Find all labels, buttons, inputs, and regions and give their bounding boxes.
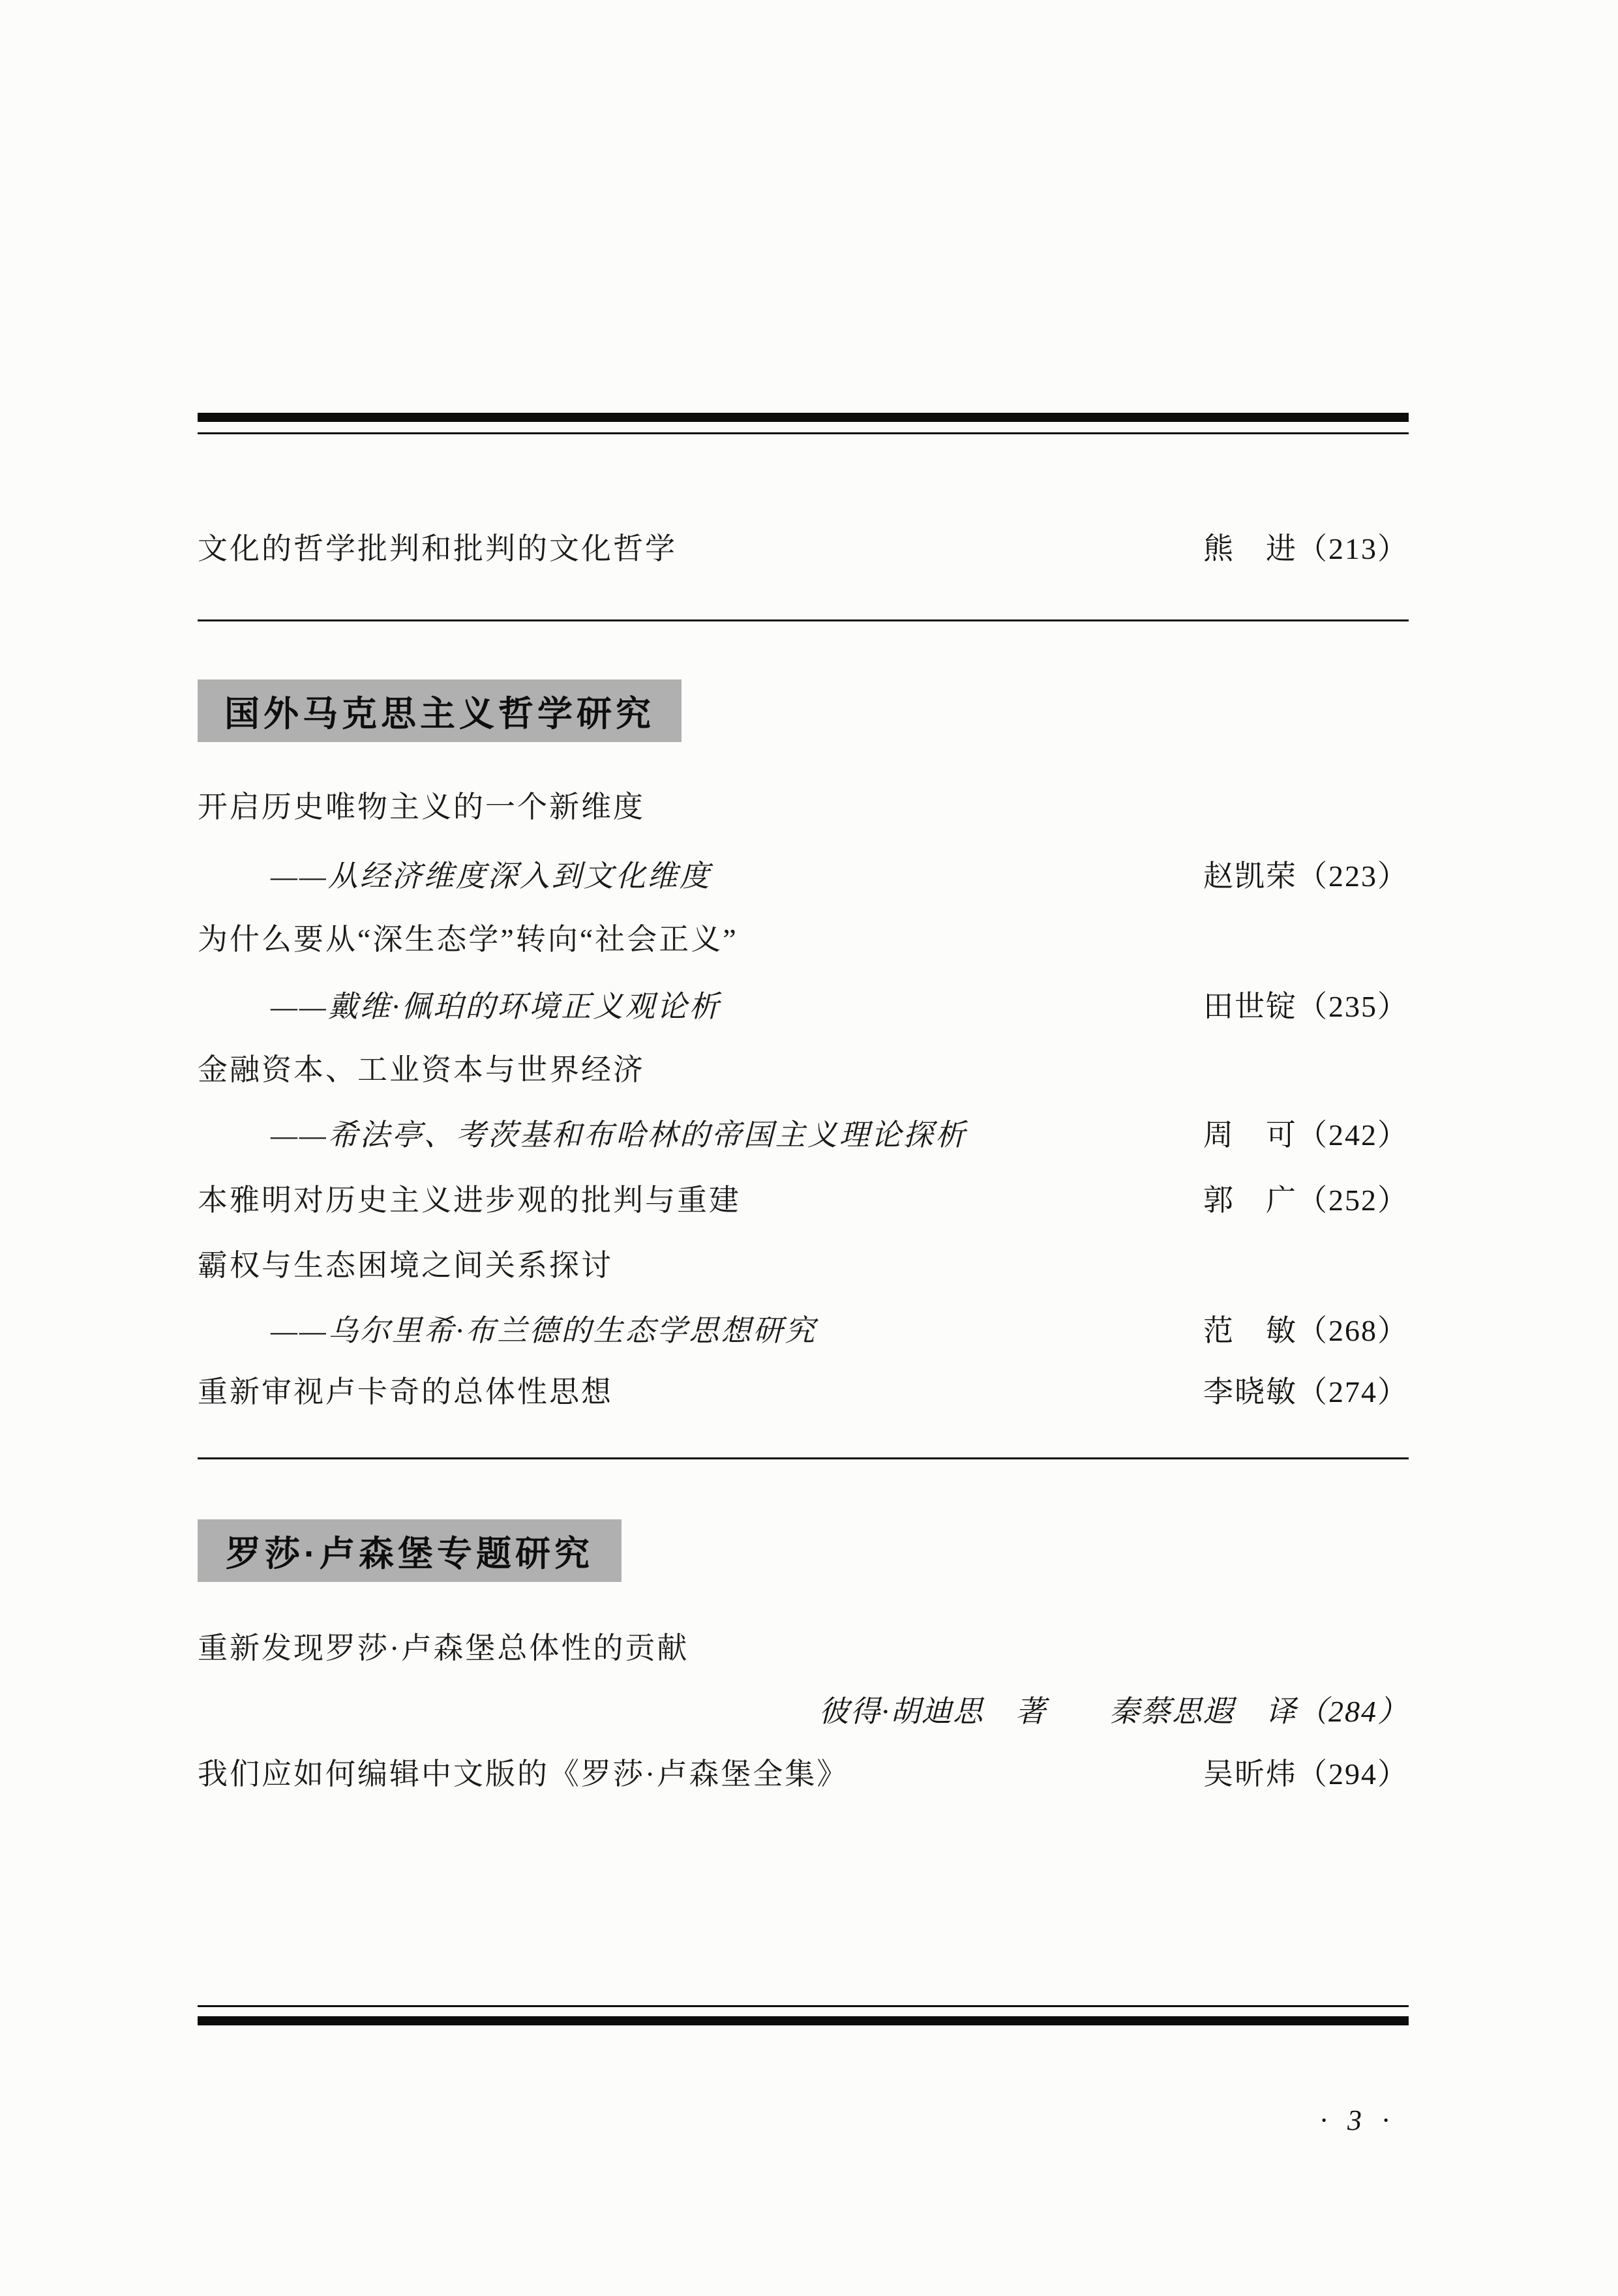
section-header-foreign-marxism: 国外马克思主义哲学研究 — [198, 679, 682, 742]
toc-entry-subtitle: ——希法亭、考茨基和布哈林的帝国主义理论探析 周 可（242） — [198, 1114, 1409, 1156]
entry-author: 范 敏（268） — [1203, 1310, 1409, 1352]
entry-title: 文化的哲学批判和批判的文化哲学 — [198, 528, 677, 570]
toc-entry: 金融资本、工业资本与世界经济 — [198, 1049, 1409, 1091]
entry-title: 重新发现罗莎·卢森堡总体性的贡献 — [198, 1628, 689, 1669]
entry-title: 重新审视卢卡奇的总体性思想 — [198, 1371, 613, 1413]
entry-subtitle: ——希法亭、考茨基和布哈林的帝国主义理论探析 — [198, 1114, 967, 1156]
top-rule-thin — [198, 432, 1409, 434]
section-divider-rule — [198, 619, 1409, 621]
bottom-rule-thick — [198, 2016, 1409, 2025]
toc-entry: 重新审视卢卡奇的总体性思想 李晓敏（274） — [198, 1371, 1409, 1413]
toc-entry: 文化的哲学批判和批判的文化哲学 熊 进（213） — [198, 528, 1409, 570]
toc-entry-subtitle: ——戴维·佩珀的环境正义观论析 田世锭（235） — [198, 986, 1409, 1028]
entry-title: 开启历史唯物主义的一个新维度 — [198, 786, 645, 828]
entry-subtitle: ——从经济维度深入到文化维度 — [198, 856, 712, 897]
entry-author: 郭 广（252） — [1203, 1180, 1409, 1221]
toc-entry: 我们应如何编辑中文版的《罗莎·卢森堡全集》 吴昕炜（294） — [198, 1753, 1409, 1795]
entry-author-translator: 彼得·胡迪思 著 秦蔡思遐 译（284） — [819, 1691, 1409, 1733]
top-rule-thick — [198, 413, 1409, 422]
entry-title: 霸权与生态困境之间关系探讨 — [198, 1245, 613, 1287]
entry-author: 周 可（242） — [1203, 1114, 1409, 1156]
entry-author: 田世锭（235） — [1203, 986, 1409, 1028]
entry-title: 为什么要从“深生态学”转向“社会正义” — [198, 919, 738, 961]
entry-author: 吴昕炜（294） — [1203, 1753, 1409, 1795]
section-divider-rule — [198, 1457, 1409, 1459]
entry-title: 金融资本、工业资本与世界经济 — [198, 1049, 645, 1091]
section-header-rosa-luxemburg: 罗莎·卢森堡专题研究 — [198, 1519, 622, 1582]
toc-entry-byline: 彼得·胡迪思 著 秦蔡思遐 译（284） — [198, 1691, 1409, 1733]
bottom-rule-thin — [198, 2005, 1409, 2007]
entry-title: 本雅明对历史主义进步观的批判与重建 — [198, 1180, 741, 1221]
toc-entry: 重新发现罗莎·卢森堡总体性的贡献 — [198, 1628, 1409, 1669]
toc-entry: 本雅明对历史主义进步观的批判与重建 郭 广（252） — [198, 1180, 1409, 1221]
scanned-toc-page: 文化的哲学批判和批判的文化哲学 熊 进（213） 国外马克思主义哲学研究 开启历… — [0, 0, 1618, 2296]
toc-entry: 霸权与生态困境之间关系探讨 — [198, 1245, 1409, 1287]
entry-subtitle: ——乌尔里希·布兰德的生态学思想研究 — [198, 1310, 816, 1352]
entry-subtitle: ——戴维·佩珀的环境正义观论析 — [198, 986, 721, 1028]
toc-entry-subtitle: ——乌尔里希·布兰德的生态学思想研究 范 敏（268） — [198, 1310, 1409, 1352]
section-header-label: 国外马克思主义哲学研究 — [224, 686, 655, 736]
entry-author: 熊 进（213） — [1203, 528, 1409, 570]
entry-title: 我们应如何编辑中文版的《罗莎·卢森堡全集》 — [198, 1753, 848, 1795]
toc-entry: 开启历史唯物主义的一个新维度 — [198, 786, 1409, 828]
entry-author: 李晓敏（274） — [1203, 1371, 1409, 1413]
entry-author: 赵凯荣（223） — [1203, 856, 1409, 897]
toc-entry: 为什么要从“深生态学”转向“社会正义” — [198, 919, 1409, 961]
page-number: · 3 · — [198, 2104, 1396, 2137]
toc-entry-subtitle: ——从经济维度深入到文化维度 赵凯荣（223） — [198, 856, 1409, 897]
section-header-label: 罗莎·卢森堡专题研究 — [226, 1526, 593, 1576]
